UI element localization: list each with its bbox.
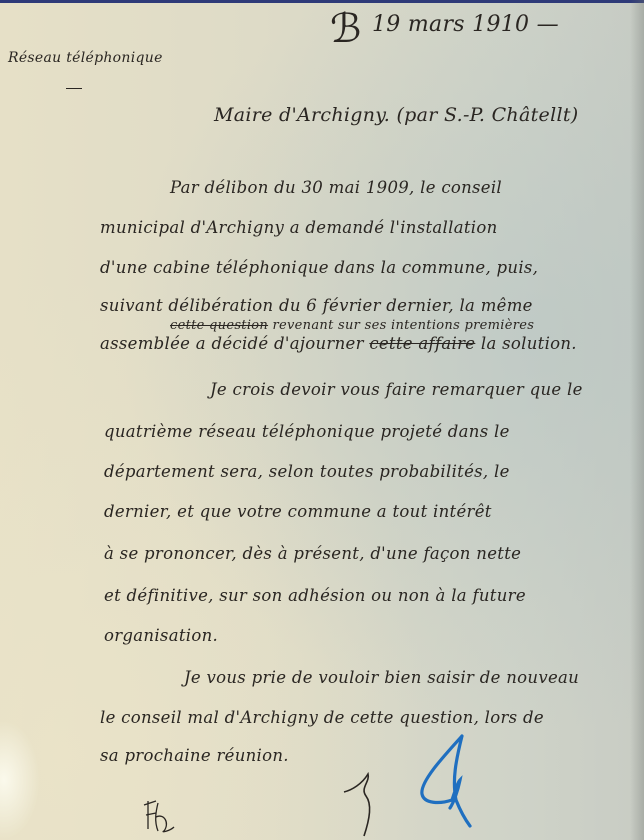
body-line: à se prononcer, dès à présent, d'une faç… — [104, 544, 521, 563]
clerk-initials — [140, 795, 180, 835]
interlinear-insertion: cette question revenant sur ses intentio… — [170, 318, 534, 333]
paper-fold — [0, 720, 40, 840]
body-line: Je vous prie de vouloir bien saisir de n… — [184, 668, 579, 687]
body-line: département sera, selon toutes probabili… — [104, 462, 510, 481]
top-edge-band — [0, 0, 644, 3]
insertion-text: revenant sur ses intentions premières — [273, 318, 535, 333]
blue-pencil-signature — [412, 730, 482, 830]
body-line: et définitive, sur son adhésion ou non à… — [104, 586, 526, 605]
body-line: quatrième réseau téléphonique projeté da… — [104, 422, 510, 441]
body-line: sa prochaine réunion. — [100, 746, 289, 765]
ink-signature — [340, 770, 380, 840]
letter-date: 19 mars 1910 — — [372, 12, 559, 37]
line-end: la solution. — [481, 334, 577, 353]
page-edge-shadow — [630, 0, 644, 840]
struck-insertion: cette question — [170, 318, 268, 333]
addressee-line: Maire d'Archigny. (par S.-P. Châtellt) — [214, 104, 578, 126]
body-line: organisation. — [104, 626, 218, 645]
body-line: le conseil mal d'Archigny de cette quest… — [100, 708, 544, 727]
body-line: assemblée a décidé d'ajourner cette affa… — [100, 334, 577, 353]
subject-underline — [66, 88, 82, 89]
subject-heading: Réseau téléphonique — [8, 50, 163, 66]
letter-page: Réseau téléphonique ℬ 19 mars 1910 — Mai… — [0, 0, 644, 840]
body-line: Par délibon du 30 mai 1909, le conseil — [170, 178, 502, 197]
body-line: d'une cabine téléphonique dans la commun… — [100, 258, 538, 277]
date-flourish-mark: ℬ — [330, 6, 362, 52]
body-line: dernier, et que votre commune a tout int… — [104, 502, 492, 521]
struck-text: cette affaire — [369, 334, 475, 353]
body-line: suivant délibération du 6 février dernie… — [100, 296, 533, 315]
body-line: municipal d'Archigny a demandé l'install… — [100, 218, 498, 237]
line-start: assemblée a décidé d'ajourner — [100, 334, 364, 353]
body-line: Je crois devoir vous faire remarquer que… — [210, 380, 583, 399]
